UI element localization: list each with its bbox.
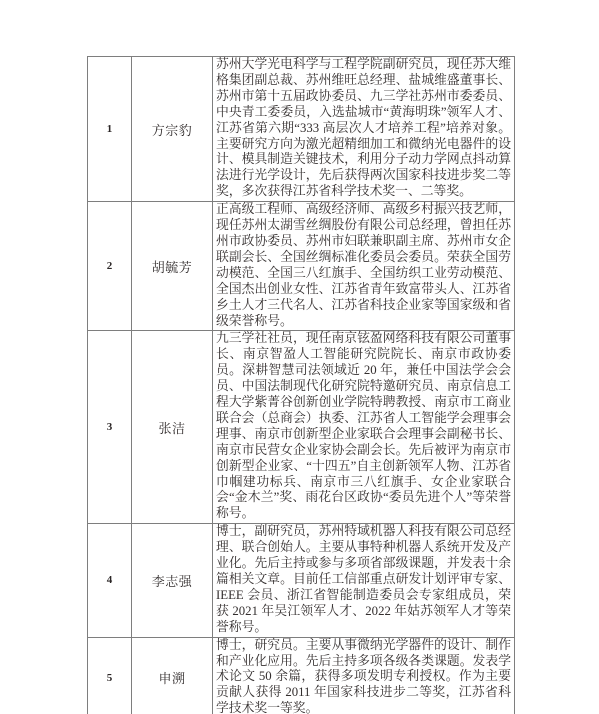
person-name: 张洁 [132,331,213,524]
person-description: 博士，副研究员，苏州特域机器人科技有限公司总经理、联合创始人。主要从事特种机器人… [213,524,515,637]
person-description: 苏州大学光电科学与工程学院副研究员，现任苏大维格集团副总裁、苏州维旺总经理、盐城… [213,57,515,202]
table-row: 3 张洁 九三学社社员，现任南京铉盈网络科技有限公司董事长、南京智盈人工智能研究… [88,331,515,524]
document-page: 1 方宗豹 苏州大学光电科学与工程学院副研究员，现任苏大维格集团副总裁、苏州维旺… [0,0,599,714]
row-number: 1 [88,57,132,202]
person-description: 九三学社社员，现任南京铉盈网络科技有限公司董事长、南京智盈人工智能研究院院长、南… [213,331,515,524]
row-number: 5 [88,637,132,714]
person-name: 胡毓芳 [132,202,213,331]
person-name: 申溯 [132,637,213,714]
people-table: 1 方宗豹 苏州大学光电科学与工程学院副研究员，现任苏大维格集团副总裁、苏州维旺… [87,56,515,714]
table-row: 2 胡毓芳 正高级工程师、高级经济师、高级乡村振兴技艺师，现任苏州太湖雪丝绸股份… [88,202,515,331]
person-description: 博士，研究员。主要从事微纳光学器件的设计、制作和产业化应用。先后主持多项各级各类… [213,637,515,714]
row-number: 3 [88,331,132,524]
person-name: 李志强 [132,524,213,637]
person-name: 方宗豹 [132,57,213,202]
person-description: 正高级工程师、高级经济师、高级乡村振兴技艺师，现任苏州太湖雪丝绸股份有限公司总经… [213,202,515,331]
row-number: 2 [88,202,132,331]
table-row: 4 李志强 博士，副研究员，苏州特域机器人科技有限公司总经理、联合创始人。主要从… [88,524,515,637]
table-row: 5 申溯 博士，研究员。主要从事微纳光学器件的设计、制作和产业化应用。先后主持多… [88,637,515,714]
row-number: 4 [88,524,132,637]
table-row: 1 方宗豹 苏州大学光电科学与工程学院副研究员，现任苏大维格集团副总裁、苏州维旺… [88,57,515,202]
